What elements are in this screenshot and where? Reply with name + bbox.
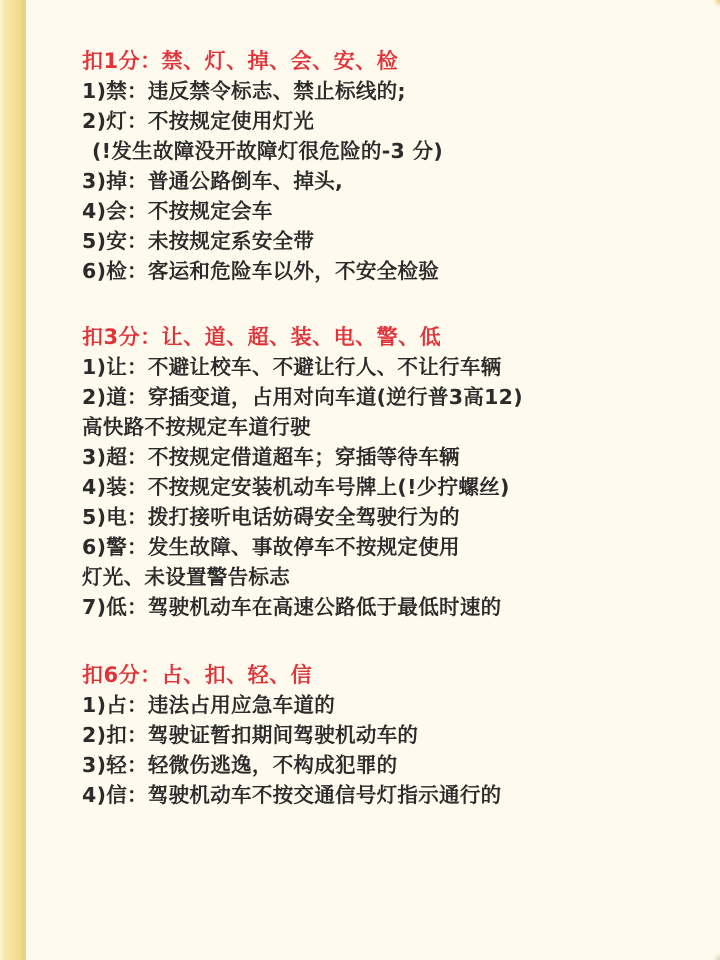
note-content: 扣1分：禁、灯、掉、会、安、检 1)禁：违反禁令标志、禁止标线的; 2)灯：不按… — [82, 46, 682, 810]
rule-line: 2)扣：驾驶证暂扣期间驾驶机动车的 — [82, 720, 682, 750]
section-heading: 扣6分：占、扣、轻、信 — [82, 660, 682, 690]
rule-continuation-line: 灯光、未设置警告标志 — [82, 562, 682, 592]
section-deduct-3-points: 扣3分：让、道、超、装、电、警、低 1)让：不避让校车、不避让行人、不让行车辆 … — [82, 322, 682, 622]
rule-line: 3)掉：普通公路倒车、掉头, — [82, 166, 682, 196]
rule-line: 5)安：未按规定系安全带 — [82, 226, 682, 256]
rule-line: 6)检：客运和危险车以外，不安全检验 — [82, 256, 682, 286]
section-deduct-1-point: 扣1分：禁、灯、掉、会、安、检 1)禁：违反禁令标志、禁止标线的; 2)灯：不按… — [82, 46, 682, 286]
rule-line: 2)灯：不按规定使用灯光 — [82, 106, 682, 136]
rule-continuation-line: 高快路不按规定车道行驶 — [82, 412, 682, 442]
page-corner-mark — [714, 0, 720, 10]
section-deduct-6-points: 扣6分：占、扣、轻、信 1)占：违法占用应急车道的 2)扣：驾驶证暂扣期间驾驶机… — [82, 660, 682, 810]
rule-line: 2)道：穿插变道，占用对向车道(逆行普3高12) — [82, 382, 682, 412]
notebook-binding-strip — [0, 0, 24, 960]
rule-line: 7)低：驾驶机动车在高速公路低于最低时速的 — [82, 592, 682, 622]
rule-line: 1)占：违法占用应急车道的 — [82, 690, 682, 720]
rule-line: 4)装：不按规定安装机动车号牌上(!少拧螺丝) — [82, 472, 682, 502]
rule-note-line: (!发生故障没开故障灯很危险的-3 分) — [82, 136, 682, 166]
rule-line: 3)轻：轻微伤逃逸，不构成犯罪的 — [82, 750, 682, 780]
rule-line: 1)让：不避让校车、不避让行人、不让行车辆 — [82, 352, 682, 382]
rule-line: 1)禁：违反禁令标志、禁止标线的; — [82, 76, 682, 106]
rule-line: 4)会：不按规定会车 — [82, 196, 682, 226]
rule-line: 5)电：拨打接听电话妨碍安全驾驶行为的 — [82, 502, 682, 532]
section-heading: 扣3分：让、道、超、装、电、警、低 — [82, 322, 682, 352]
rule-line: 6)警：发生故障、事故停车不按规定使用 — [82, 532, 682, 562]
rule-line: 3)超：不按规定借道超车；穿插等待车辆 — [82, 442, 682, 472]
page-corner-mark-bottom — [712, 952, 720, 960]
section-heading: 扣1分：禁、灯、掉、会、安、检 — [82, 46, 682, 76]
rule-line: 4)信：驾驶机动车不按交通信号灯指示通行的 — [82, 780, 682, 810]
